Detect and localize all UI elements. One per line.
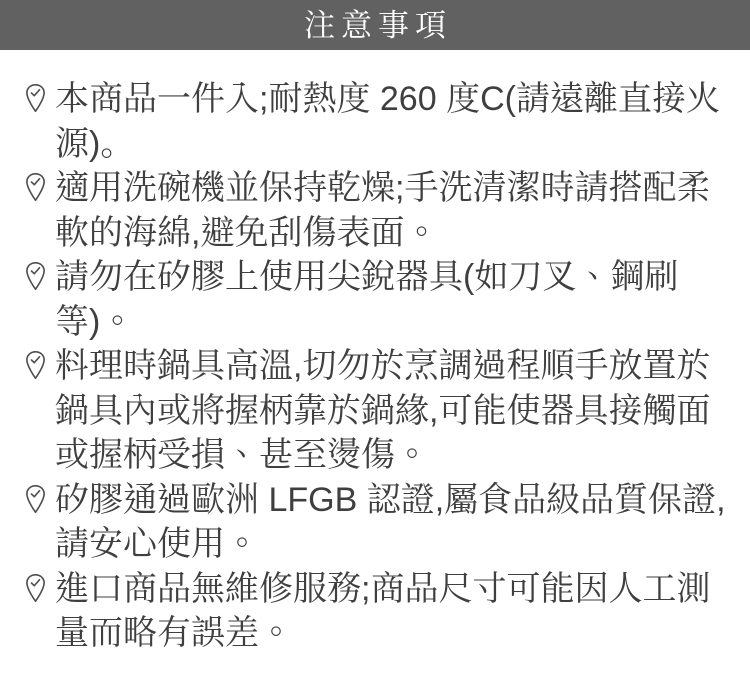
section-header: 注意事項: [0, 0, 750, 50]
check-pin-icon: [24, 350, 47, 380]
notice-list: 本商品一件入;耐熱度 260 度C(請遠離直接火源)。 適用洗碗機並保持乾燥;手…: [0, 50, 750, 656]
check-pin-icon: [24, 573, 47, 603]
notice-text: 進口商品無維修服務;商品尺寸可能因人工測量而略有誤差。: [55, 567, 739, 656]
section-title: 注意事項: [298, 10, 452, 41]
notice-text: 適用洗碗機並保持乾燥;手洗清潔時請搭配柔軟的海綿,避免刮傷表面。: [55, 166, 739, 255]
notice-text: 請勿在矽膠上使用尖銳器具(如刀叉、鋼刷等)。: [55, 255, 739, 344]
notice-item: 矽膠通過歐洲 LFGB 認證,屬食品級品質保證,請安心使用。: [24, 478, 739, 567]
check-pin-icon: [24, 172, 47, 202]
notice-text: 本商品一件入;耐熱度 260 度C(請遠離直接火源)。: [55, 77, 739, 166]
check-pin-icon: [24, 484, 47, 514]
notice-item: 料理時鍋具高溫,切勿於烹調過程順手放置於鍋具內或將握柄靠於鍋緣,可能使器具接觸面…: [24, 344, 739, 478]
notice-text: 料理時鍋具高溫,切勿於烹調過程順手放置於鍋具內或將握柄靠於鍋緣,可能使器具接觸面…: [55, 344, 739, 478]
notice-item: 本商品一件入;耐熱度 260 度C(請遠離直接火源)。: [24, 77, 739, 166]
check-pin-icon: [24, 83, 47, 113]
notice-item: 請勿在矽膠上使用尖銳器具(如刀叉、鋼刷等)。: [24, 255, 739, 344]
check-pin-icon: [24, 261, 47, 291]
notice-text: 矽膠通過歐洲 LFGB 認證,屬食品級品質保證,請安心使用。: [55, 478, 739, 567]
notice-item: 進口商品無維修服務;商品尺寸可能因人工測量而略有誤差。: [24, 567, 739, 656]
precautions-panel: 注意事項 本商品一件入;耐熱度 260 度C(請遠離直接火源)。 適用洗碗機並保…: [0, 0, 750, 656]
notice-item: 適用洗碗機並保持乾燥;手洗清潔時請搭配柔軟的海綿,避免刮傷表面。: [24, 166, 739, 255]
